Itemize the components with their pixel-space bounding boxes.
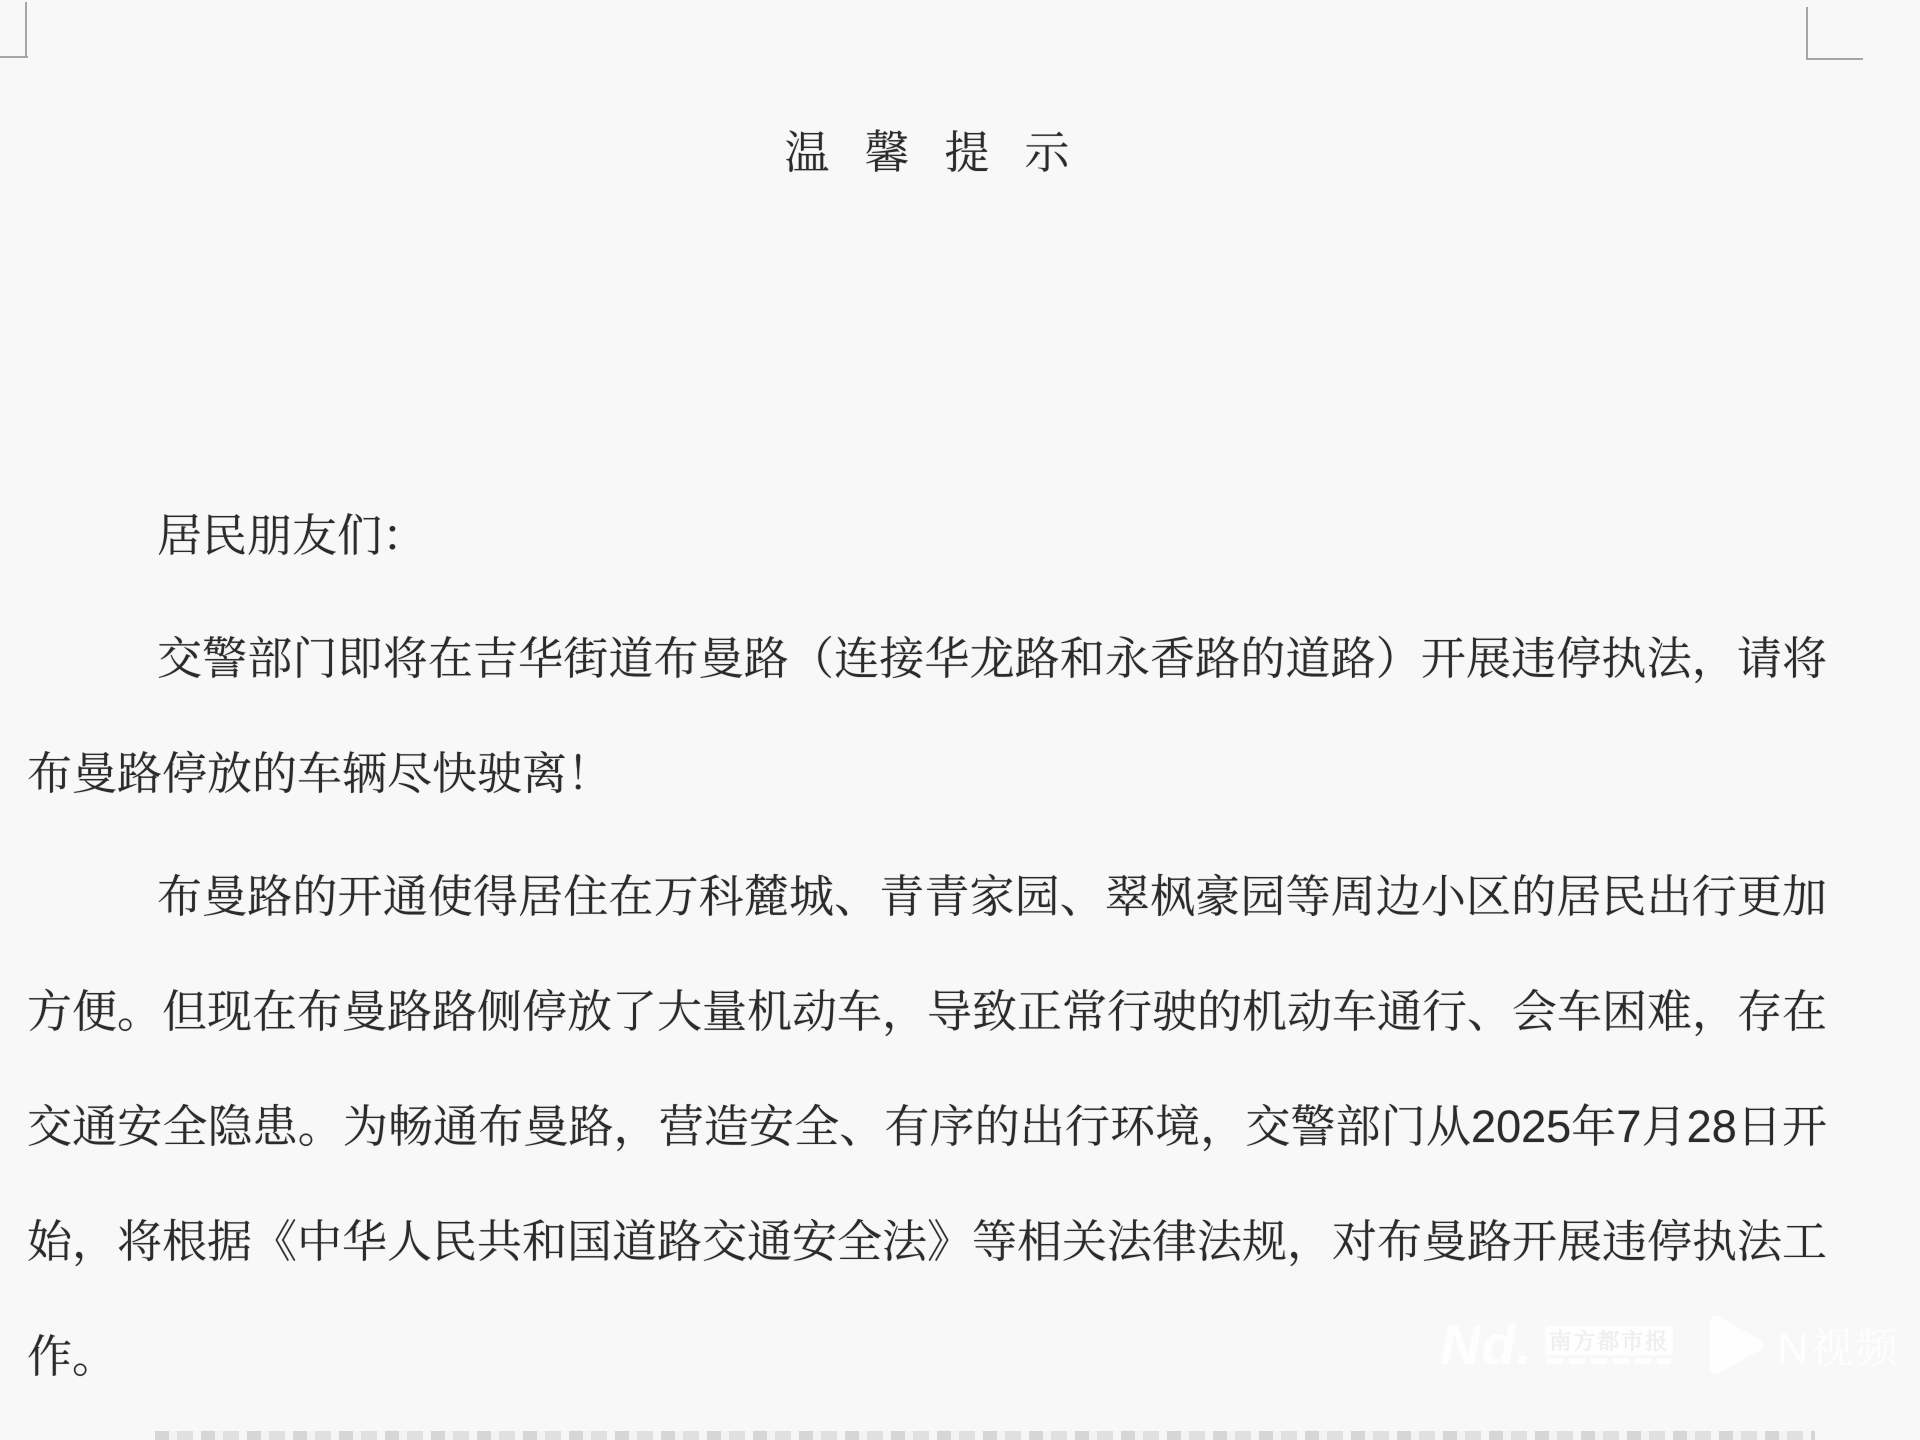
notice-salutation: 居民朋友们： (27, 478, 1827, 593)
watermark: Nd. 南方都市报 N视频 (1440, 1312, 1900, 1378)
newspaper-latin-subtext (1547, 1358, 1671, 1364)
newspaper-name-box: 南方都市报 (1545, 1326, 1673, 1355)
nandu-logo: Nd. (1440, 1312, 1533, 1378)
notice-document: 温馨提示 居民朋友们： 交警部门即将在吉华街道布曼路（连接华龙路和永香路的道路）… (27, 0, 1827, 1414)
notice-paragraph-1: 交警部门即将在吉华街道布曼路（连接华龙路和永香路的道路）开展违停执法，请将 布曼… (27, 601, 1827, 831)
text-boundary-mark-top-left-horizontal (0, 56, 28, 58)
play-icon (1709, 1314, 1767, 1376)
paragraph-line: 交警部门即将在吉华街道布曼路（连接华龙路和永香路的道路）开展违停执法，请将 (27, 601, 1827, 716)
nvideo-brand-label: N视频 (1777, 1315, 1900, 1376)
paragraph-line: 布曼路停放的车辆尽快驶离！ (27, 716, 1827, 831)
clipped-next-line (155, 1431, 1815, 1440)
paragraph-line: 布曼路的开通使得居住在万科麓城、青青家园、翠枫豪园等周边小区的居民出行更加 (27, 839, 1827, 954)
newspaper-brand-block: 南方都市报 (1545, 1326, 1673, 1364)
paragraph-line: 交通安全隐患。为畅通布曼路，营造安全、有序的出行环境，交警部门从2025年7月2… (27, 1069, 1827, 1184)
notice-title: 温馨提示 (27, 95, 1827, 210)
paragraph-line: 方便。但现在布曼路路侧停放了大量机动车，导致正常行驶的机动车通行、会车困难，存在 (27, 954, 1827, 1069)
newspaper-name: 南方都市报 (1549, 1325, 1669, 1356)
paragraph-line: 始，将根据《中华人民共和国道路交通安全法》等相关法律法规，对布曼路开展违停执法工 (27, 1184, 1827, 1299)
